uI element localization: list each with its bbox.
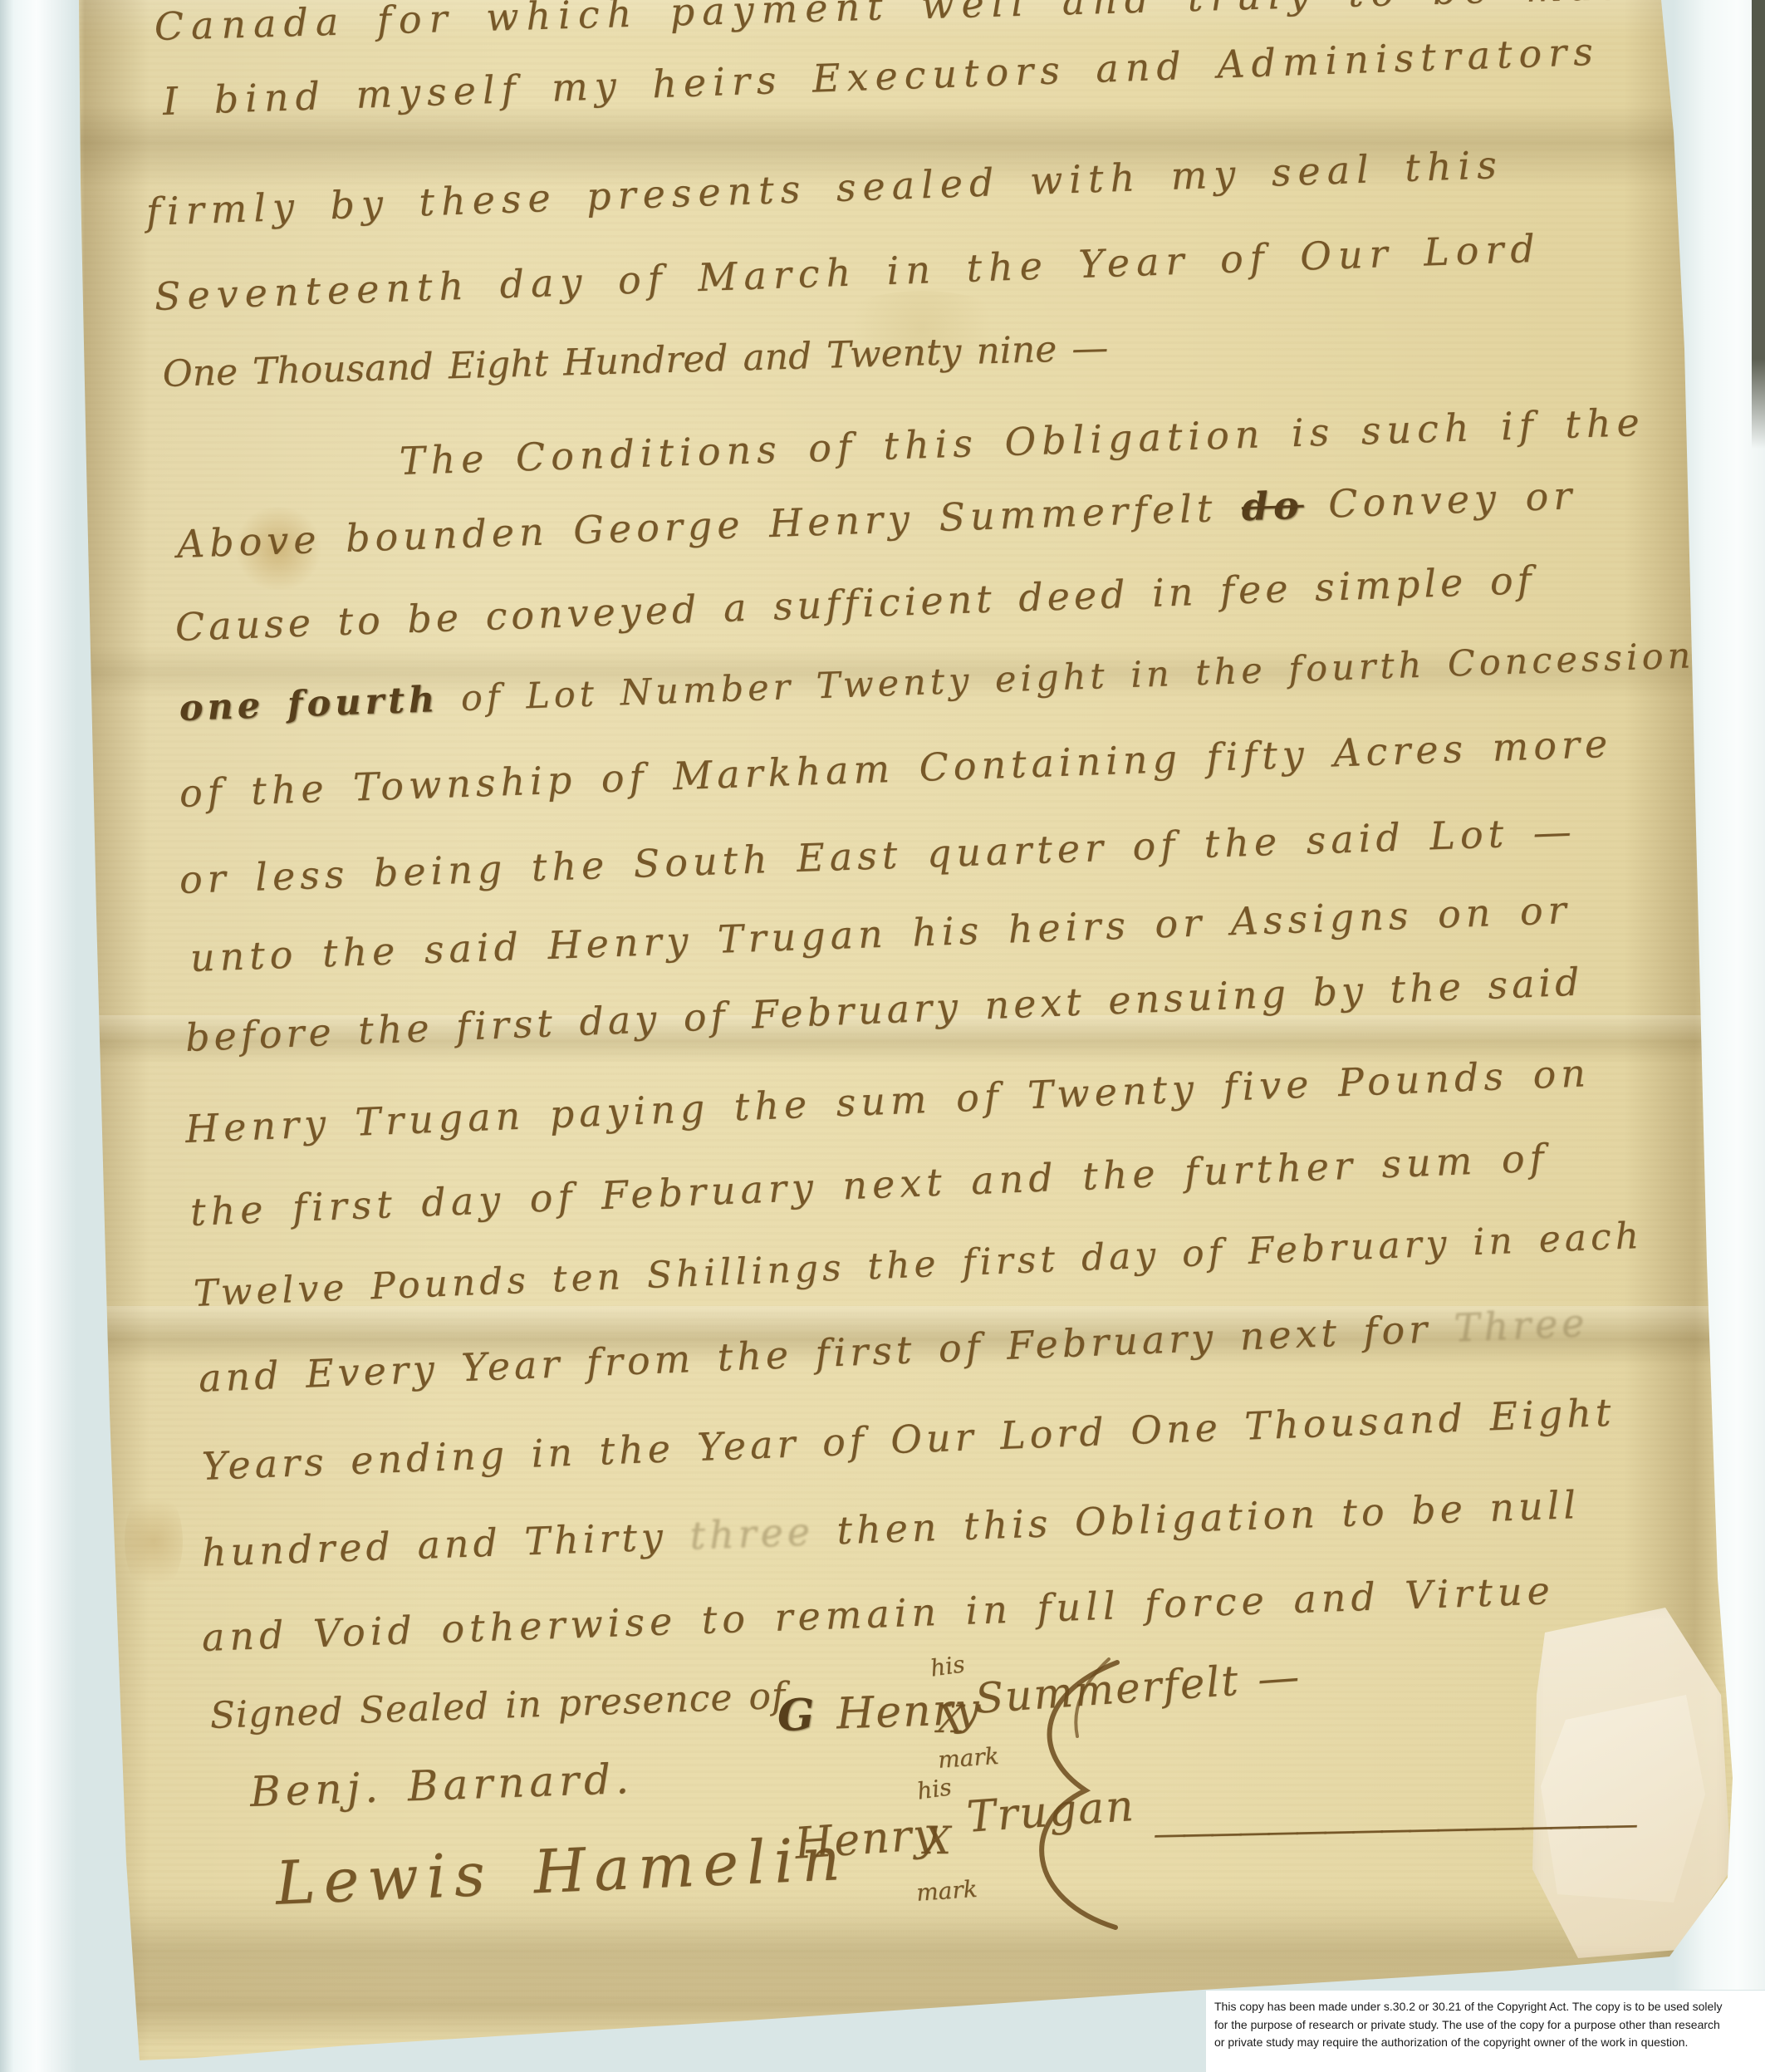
manuscript-line: his xyxy=(929,1650,967,1682)
manuscript-line: The Conditions of this Obligation is suc… xyxy=(399,400,1645,484)
manuscript-word: G xyxy=(777,1689,817,1741)
manuscript-line: the first day of February next and the f… xyxy=(189,1135,1550,1235)
manuscript-line: Twelve Pounds ten Shillings the first da… xyxy=(193,1215,1644,1315)
manuscript-line: I bind myself my heirs Executors and Adm… xyxy=(162,29,1601,124)
fold-crease xyxy=(0,1886,1765,1994)
scanner-left-edge xyxy=(0,0,76,2072)
manuscript-line: or less being the South East quarter of … xyxy=(179,808,1577,902)
manuscript-line: Henry xyxy=(793,1809,941,1869)
manuscript-word: Convey or xyxy=(1303,473,1577,527)
page-scan: Canada for which payment well and truly … xyxy=(0,0,1765,2072)
manuscript-word: and Every Year from the first of Februar… xyxy=(198,1305,1455,1401)
manuscript-line: Above bounden George Henry Summerfelt do… xyxy=(176,473,1577,567)
manuscript-line: X xyxy=(924,1818,951,1863)
manuscript-word: three xyxy=(689,1509,814,1558)
manuscript-line: Cause to be conveyed a sufficient deed i… xyxy=(174,557,1536,650)
manuscript-line: and Every Year from the first of Februar… xyxy=(198,1300,1589,1401)
copyright-line: for the purpose of research or private s… xyxy=(1214,2016,1758,2035)
manuscript-line: mark xyxy=(915,1875,978,1907)
manuscript-line: one fourth of Lot Number Twenty eight in… xyxy=(179,635,1695,729)
copyright-line: This copy has been made under s.30.2 or … xyxy=(1214,1998,1758,2016)
manuscript-line: hundred and Thirty three then this Oblig… xyxy=(201,1482,1581,1575)
manuscript-word: do xyxy=(1241,483,1305,530)
document-paper: Canada for which payment well and truly … xyxy=(0,0,1765,2072)
manuscript-word: of Lot Number Twenty eight in the fourth… xyxy=(438,635,1695,720)
manuscript-line: firmly by these presents sealed with my … xyxy=(145,142,1504,234)
manuscript-word: one fourth xyxy=(179,679,439,729)
ink-stain xyxy=(125,1487,183,1595)
manuscript-line: Benj. Barnard. xyxy=(249,1755,635,1816)
manuscript-line: before the first day of February next en… xyxy=(184,959,1585,1060)
manuscript-line: and Void otherwise to remain in full for… xyxy=(201,1568,1556,1660)
manuscript-line: mark xyxy=(937,1742,1000,1774)
manuscript-line: Henry Trugan paying the sum of Twenty fi… xyxy=(184,1050,1591,1151)
copyright-line: or private study may require the authori… xyxy=(1214,2034,1758,2052)
scanner-right-edge xyxy=(1752,0,1765,449)
manuscript-line: Seventeenth day of March in the Year of … xyxy=(154,226,1542,319)
manuscript-line: unto the said Henry Trugan his heirs or … xyxy=(189,887,1571,980)
manuscript-word: hundred and Thirty xyxy=(201,1513,690,1574)
manuscript-line: X xyxy=(937,1696,964,1741)
manuscript-line: Lewis Hamelin xyxy=(274,1824,850,1918)
manuscript-line: Signed Sealed in presence of xyxy=(209,1675,787,1737)
manuscript-word: then this Obligation to be null xyxy=(813,1482,1581,1554)
manuscript-line: Years ending in the Year of Our Lord One… xyxy=(201,1390,1615,1489)
manuscript-line: Trugan xyxy=(965,1781,1137,1843)
manuscript-line: Summerfelt — xyxy=(973,1652,1302,1723)
manuscript-line: of the Township of Markham Containing fi… xyxy=(179,721,1613,816)
manuscript-line: One Thousand Eight Hundred and Twenty ni… xyxy=(162,327,1109,395)
manuscript-line: his xyxy=(915,1773,954,1804)
copyright-stamp: This copy has been made under s.30.2 or … xyxy=(1206,1991,1765,2072)
manuscript-word: Above bounden George Henry Summerfelt xyxy=(176,484,1243,567)
manuscript-word: Three xyxy=(1454,1300,1590,1350)
